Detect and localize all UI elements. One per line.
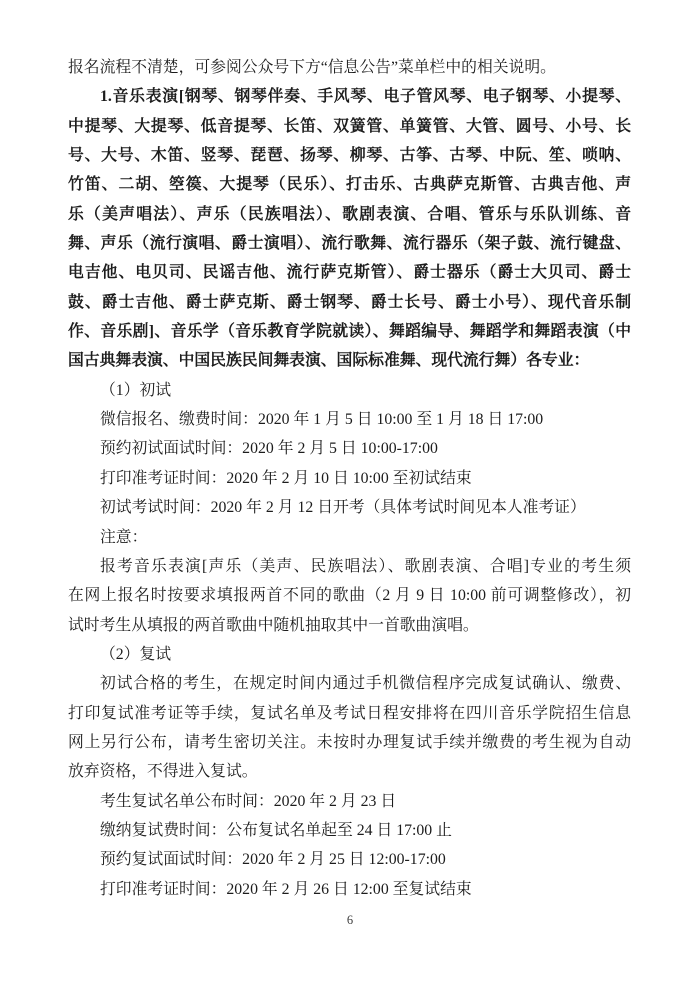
line-majors-4: 竹笛、二胡、箜篌、大提琴（民乐）、打击乐、古典萨克斯管、古典吉他、声: [68, 170, 631, 199]
line-wechat-signup-time: 微信报名、缴费时间：2020 年 1 月 5 日 10:00 至 1 月 18 …: [68, 405, 631, 434]
line-majors-8: 鼓、爵士吉他、爵士萨克斯、爵士钢琴、爵士长号、爵士小号）、现代音乐制: [68, 288, 631, 317]
line-heading-second-exam: （2）复试: [68, 640, 631, 669]
document-body: 报名流程不清楚，可参阅公众号下方“信息公告”菜单栏中的相关说明。 1.音乐表演[…: [68, 53, 631, 904]
line-retest-list-publish-time: 考生复试名单公布时间：2020 年 2 月 23 日: [68, 787, 631, 816]
line-note-label: 注意：: [68, 523, 631, 552]
line-retest-info-4: 放弃资格，不得进入复试。: [68, 757, 631, 786]
line-majors-2: 中提琴、大提琴、低音提琴、长笛、双簧管、单簧管、大管、圆号、小号、长: [68, 112, 631, 141]
line-majors-1: 1.音乐表演[钢琴、钢琴伴奏、手风琴、电子管风琴、电子钢琴、小提琴、: [68, 82, 631, 111]
line-majors-5: 乐（美声唱法）、声乐（民族唱法）、歌剧表演、合唱、管乐与乐队训练、音: [68, 200, 631, 229]
line-retest-interview-booking-time: 预约复试面试时间：2020 年 2 月 25 日 12:00-17:00: [68, 845, 631, 874]
line-note-detail-1: 报考音乐表演[声乐（美声、民族唱法）、歌剧表演、合唱]专业的考生须: [68, 552, 631, 581]
line-intro: 报名流程不清楚，可参阅公众号下方“信息公告”菜单栏中的相关说明。: [68, 53, 631, 82]
line-retest-fee-time: 缴纳复试费时间：公布复试名单起至 24 日 17:00 止: [68, 816, 631, 845]
line-majors-9: 作、音乐剧]、音乐学（音乐教育学院就读）、舞蹈编导、舞蹈学和舞蹈表演（中: [68, 317, 631, 346]
line-retest-info-3: 网上另行公布，请考生密切关注。未按时办理复试手续并缴费的考生视为自动: [68, 728, 631, 757]
line-first-exam-time: 初试考试时间：2020 年 2 月 12 日开考（具体考试时间见本人准考证）: [68, 493, 631, 522]
line-majors-3: 号、大号、木笛、竖琴、琵琶、扬琴、柳琴、古筝、古琴、中阮、笙、唢呐、: [68, 141, 631, 170]
line-retest-print-ticket-time: 打印准考证时间：2020 年 2 月 26 日 12:00 至复试结束: [68, 875, 631, 904]
page-number: 6: [0, 913, 700, 928]
line-majors-10: 国古典舞表演、中国民族民间舞表演、国际标准舞、现代流行舞）各专业：: [68, 346, 631, 375]
line-print-ticket-time: 打印准考证时间：2020 年 2 月 10 日 10:00 至初试结束: [68, 464, 631, 493]
line-retest-info-2: 打印复试准考证等手续，复试名单及考试日程安排将在四川音乐学院招生信息: [68, 699, 631, 728]
line-majors-6: 舞、声乐（流行演唱、爵士演唱）、流行歌舞、流行器乐（架子鼓、流行键盘、: [68, 229, 631, 258]
line-first-interview-booking-time: 预约初试面试时间：2020 年 2 月 5 日 10:00-17:00: [68, 434, 631, 463]
line-retest-info-1: 初试合格的考生，在规定时间内通过手机微信程序完成复试确认、缴费、: [68, 669, 631, 698]
line-note-detail-3: 试时考生从填报的两首歌曲中随机抽取其中一首歌曲演唱。: [68, 611, 631, 640]
document-page: 报名流程不清楚，可参阅公众号下方“信息公告”菜单栏中的相关说明。 1.音乐表演[…: [0, 0, 700, 990]
line-note-detail-2: 在网上报名时按要求填报两首不同的歌曲（2 月 9 日 10:00 前可调整修改）…: [68, 581, 631, 610]
line-heading-first-exam: （1）初试: [68, 376, 631, 405]
line-majors-7: 电吉他、电贝司、民谣吉他、流行萨克斯管）、爵士器乐（爵士大贝司、爵士: [68, 258, 631, 287]
